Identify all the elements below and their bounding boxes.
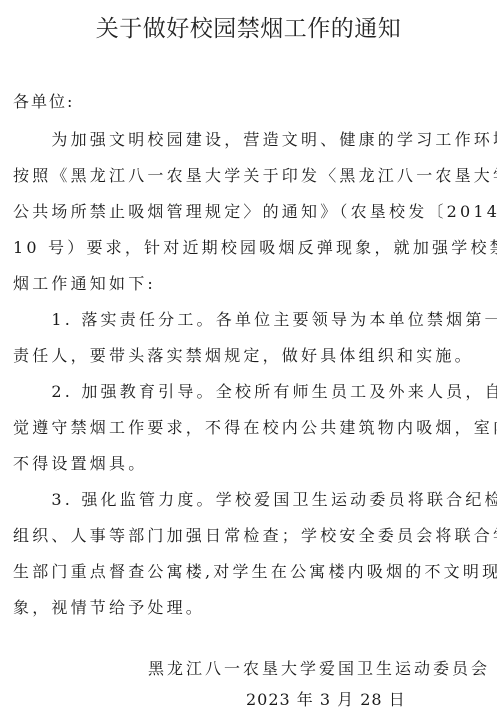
body-line: 10 号）要求，针对近期校园吸烟反弹现象，就加强学校禁: [13, 238, 485, 258]
item-3-line: 象，视情节给予处理。: [13, 598, 485, 618]
body-line: 为加强文明校园建设，营造文明、健康的学习工作环境，: [13, 130, 485, 150]
item-2-line: 不得设置烟具。: [13, 454, 485, 474]
item-1-line: 责任人，要带头落实禁烟规定，做好具体组织和实施。: [13, 346, 485, 366]
body-line: 公共场所禁止吸烟管理规定〉的通知》（农垦校发〔2014〕: [13, 202, 485, 222]
item-3-line: 3. 强化监管力度。学校爱国卫生运动委员将联合纪检、: [13, 490, 485, 510]
body-line: 烟工作通知如下:: [13, 274, 485, 294]
item-1-line: 1. 落实责任分工。各单位主要领导为本单位禁烟第一: [13, 310, 485, 330]
signature-org: 黑龙江八一农垦大学爱国卫生运动委员会: [148, 656, 490, 679]
document-title: 关于做好校园禁烟工作的通知: [0, 10, 497, 43]
item-3-line: 组织、人事等部门加强日常检查；学校安全委员会将联合学: [13, 526, 485, 546]
salutation: 各单位:: [13, 92, 485, 112]
signature-date: 2023 年 3 月 28 日: [246, 687, 406, 710]
body-line: 按照《黑龙江八一农垦大学关于印发〈黑龙江八一农垦大学: [13, 166, 485, 186]
item-3-line: 生部门重点督查公寓楼,对学生在公寓楼内吸烟的不文明现: [13, 562, 485, 582]
item-2-line: 2. 加强教育引导。全校所有师生员工及外来人员，自: [13, 382, 485, 402]
item-2-line: 觉遵守禁烟工作要求，不得在校内公共建筑物内吸烟，室内: [13, 418, 485, 438]
